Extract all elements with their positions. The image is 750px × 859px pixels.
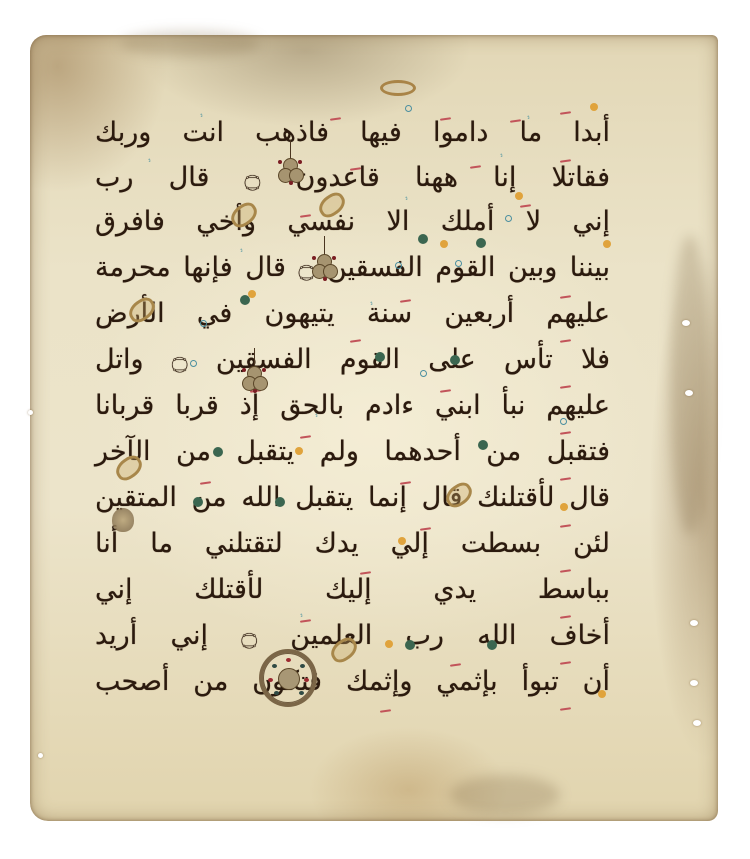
- shadda-mark: ﱞ: [405, 198, 408, 207]
- text-line-4: بيننا وبين القوم الفسقين ۝ قال فإنها محر…: [95, 245, 610, 291]
- edge-stain: [450, 775, 560, 815]
- sukun-mark: [455, 260, 462, 267]
- text-line-3: إني لا أملك الا نفسي وأخي فافرق: [95, 199, 610, 245]
- shadda-mark: ﱞ: [200, 115, 203, 124]
- hamza-dot: [487, 640, 497, 650]
- hamza-dot: [405, 640, 415, 650]
- worm-hole: [682, 320, 690, 326]
- hamza-dot: [560, 503, 568, 511]
- hamza-dot: [476, 238, 486, 248]
- worm-hole: [28, 410, 33, 415]
- text-line-9: قال لأقتلنك قال إنما يتقبل الله من المتق…: [95, 475, 610, 521]
- hamza-dot: [248, 290, 256, 298]
- hamza-dot: [603, 240, 611, 248]
- shadda-mark: ﱞ: [240, 250, 243, 259]
- worm-hole: [693, 720, 701, 726]
- water-stain: [120, 31, 260, 57]
- worm-hole: [690, 620, 698, 626]
- hamza-dot: [295, 447, 303, 455]
- text-line-5: عليهم أربعين سنة يتيهون في الأرض: [95, 291, 610, 337]
- sukun-mark: [420, 370, 427, 377]
- shadda-mark: ﱞ: [500, 155, 503, 164]
- sukun-mark: [395, 262, 402, 269]
- verse-marker-rosette: [263, 653, 313, 703]
- hamza-dot: [275, 497, 285, 507]
- verse-marker-trefoil: [242, 348, 268, 392]
- shadda-mark: ﱞ: [527, 117, 530, 126]
- worm-hole: [685, 390, 693, 396]
- hamza-dot: [398, 537, 406, 545]
- text-line-11: بباسط يدي إليك لأقتلك إني: [95, 567, 610, 613]
- shadda-mark: ﱞ: [315, 415, 318, 424]
- sukun-mark: [560, 418, 567, 425]
- shadda-mark: ﱞ: [370, 303, 373, 312]
- hamza-dot: [213, 447, 223, 457]
- hamza-dot: [590, 103, 598, 111]
- text-line-6: فلا تأس على القوم الفسقين ۝ واتل: [95, 337, 610, 383]
- hamza-dot: [450, 355, 460, 365]
- hamza-dot: [515, 192, 523, 200]
- text-line-10: لئن بسطت إلي يدك لتقتلني ما أنا: [95, 521, 610, 567]
- verse-marker-trefoil: [312, 236, 338, 280]
- marginal-medallion: [112, 508, 134, 532]
- hamza-dot: [478, 440, 488, 450]
- hamza-dot: [440, 240, 448, 248]
- hamza-dot: [375, 352, 385, 362]
- hamza-dot: [598, 690, 606, 698]
- text-line-1: أبدا ما داموا فيها فاذهب انت وربك: [95, 110, 610, 156]
- worm-hole: [38, 753, 43, 758]
- hamza-dot: [385, 640, 393, 648]
- sukun-mark: [505, 215, 512, 222]
- text-line-7: عليهم نبأ ابني ءادم بالحق إذ قربا قربانا: [95, 383, 610, 429]
- sukun-mark: [405, 105, 412, 112]
- verse-marker-trefoil: [278, 140, 304, 184]
- edge-stain: [670, 235, 710, 535]
- hamza-dot: [193, 497, 203, 507]
- sukun-mark: [190, 360, 197, 367]
- worm-hole: [690, 680, 698, 686]
- ornament-mark: [380, 80, 416, 96]
- sukun-mark: [200, 320, 207, 327]
- text-line-2: فقاتلا إنا ههنا قاعدون ۝ قال رب: [95, 155, 610, 201]
- text-line-13: أن تبوأ بإثمي وإثمك فتكون من أصحب: [95, 659, 610, 705]
- hamza-dot: [418, 234, 428, 244]
- shadda-mark: ﱞ: [300, 615, 303, 624]
- shadda-mark: ﱞ: [148, 160, 151, 169]
- text-line-8: فتقبل من أحدهما ولم يتقبل من الآخر: [95, 429, 610, 475]
